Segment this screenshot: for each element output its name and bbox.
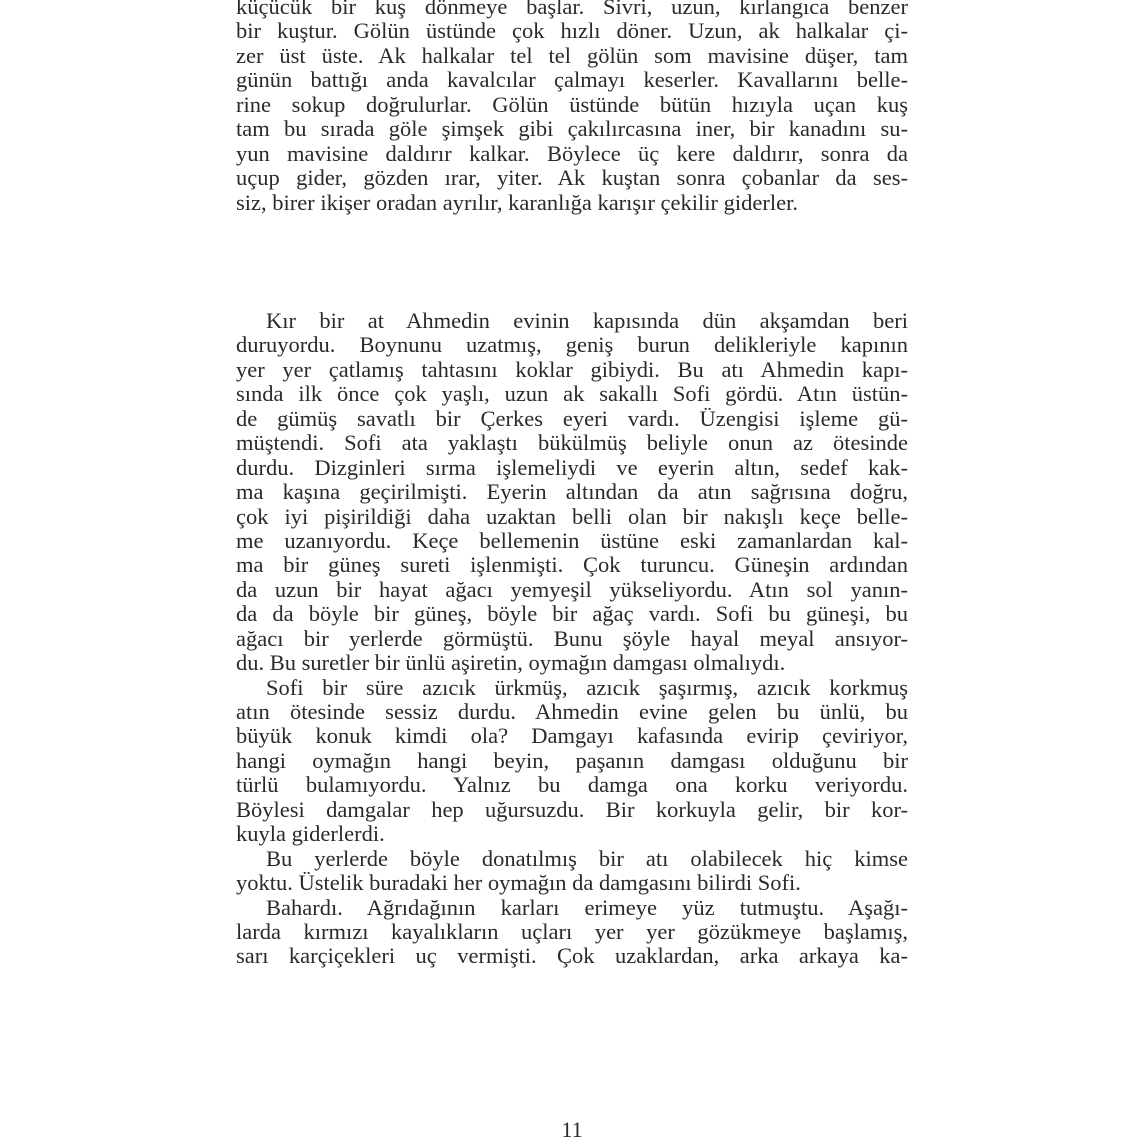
- text-line: sında ilk önce çok yaşlı, uzun ak sakall…: [236, 382, 908, 406]
- text-line: tam bu sırada göle şimşek gibi çakılırca…: [236, 117, 908, 141]
- text-line: bir kuştur. Gölün üstünde çok hızlı döne…: [236, 19, 908, 43]
- text-line: me uzanıyordu. Keçe bellemenin üstüne es…: [236, 529, 908, 553]
- text-line: ağacı bir yerlerde görmüştü. Bunu şöyle …: [236, 627, 908, 651]
- text-line: küçücük bir kuş dönmeye başlar. Sivri, u…: [236, 0, 908, 19]
- text-line: hangi oymağın hangi beyin, paşanın damga…: [236, 749, 908, 773]
- text-line: Kır bir at Ahmedin evinin kapısında dün …: [236, 309, 908, 333]
- text-line: uçup gider, gözden ırar, yiter. Ak kuşta…: [236, 166, 908, 190]
- text-line: yoktu. Üstelik buradaki her oymağın da d…: [236, 871, 908, 895]
- text-line: ma bir güneş sureti işlenmişti. Çok turu…: [236, 553, 908, 577]
- text-line: ma kaşına geçirilmişti. Eyerin altından …: [236, 480, 908, 504]
- text-line: günün battığı anda kavalcılar çalmayı ke…: [236, 68, 908, 92]
- text-line: yun mavisine daldırır kalkar. Böylece üç…: [236, 142, 908, 166]
- text-line: Sofi bir süre azıcık ürkmüş, azıcık şaşı…: [236, 676, 908, 700]
- text-line: durdu. Dizginleri sırma işlemeliydi ve e…: [236, 456, 908, 480]
- text-line: duruyordu. Boynunu uzatmış, geniş burun …: [236, 333, 908, 357]
- text-line: Böylesi damgalar hep uğursuzdu. Bir kork…: [236, 798, 908, 822]
- text-line: çok iyi pişirildiği daha uzaktan belli o…: [236, 505, 908, 529]
- text-line: da uzun bir hayat ağacı yemyeşil yükseli…: [236, 578, 908, 602]
- text-line: rine sokup doğrulurlar. Gölün üstünde bü…: [236, 93, 908, 117]
- text-line: de gümüş savatlı bir Çerkes eyeri vardı.…: [236, 407, 908, 431]
- main-section-text: Kır bir at Ahmedin evinin kapısında dün …: [236, 309, 908, 969]
- text-line: atın ötesinde sessiz durdu. Ahmedin evin…: [236, 700, 908, 724]
- text-line: büyük konuk kimdi ola? Damgayı kafasında…: [236, 724, 908, 748]
- text-line: türlü bulamıyordu. Yalnız bu damga ona k…: [236, 773, 908, 797]
- previous-section-ending: küçücük bir kuş dönmeye başlar. Sivri, u…: [236, 0, 908, 215]
- text-line: kuyla giderlerdi.: [236, 822, 908, 846]
- page-number: 11: [236, 1118, 908, 1140]
- text-line: da da böyle bir güneş, böyle bir ağaç va…: [236, 602, 908, 626]
- text-line: larda kırmızı kayalıkların uçları yer ye…: [236, 920, 908, 944]
- text-line: Bahardı. Ağrıdağının karları erimeye yüz…: [236, 896, 908, 920]
- book-page: küçücük bir kuş dönmeye başlar. Sivri, u…: [236, 0, 908, 1140]
- text-line: müştendi. Sofi ata yaklaştı bükülmüş bel…: [236, 431, 908, 455]
- text-line: Bu yerlerde böyle donatılmış bir atı ola…: [236, 847, 908, 871]
- text-line: du. Bu suretler bir ünlü aşiretin, oymağ…: [236, 651, 908, 675]
- text-line: yer yer çatlamış tahtasını koklar gibiyd…: [236, 358, 908, 382]
- text-line: siz, birer ikişer oradan ayrılır, karanl…: [236, 191, 908, 215]
- text-line: zer üst üste. Ak halkalar tel tel gölün …: [236, 44, 908, 68]
- text-line: sarı karçiçekleri uç vermişti. Çok uzakl…: [236, 944, 908, 968]
